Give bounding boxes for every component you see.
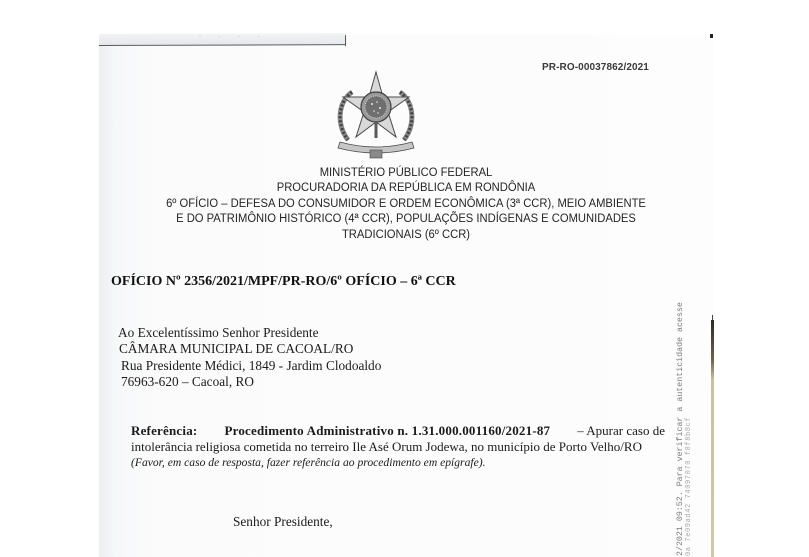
- institution-header: MINISTÉRIO PÚBLICO FEDERAL PROCURADORIA …: [124, 165, 687, 242]
- addressee-block: Ao Excelentíssimo Senhor Presidente CÂMA…: [118, 325, 381, 391]
- reference-label: Referência:: [131, 423, 197, 439]
- authenticity-stamp-code: 0a 7e09ad42 74097070 f8f8b8cf: [685, 302, 694, 556]
- page-edge: [711, 320, 714, 557]
- header-line-oficio-3: TRADICIONAIS (6º CCR): [124, 227, 687, 242]
- header-line-oficio-2: E DO PATRIMÔNIO HISTÓRICO (4ª CCR), POPU…: [124, 211, 687, 226]
- reference-block: Referência: Procedimento Administrativo …: [131, 423, 665, 472]
- protocol-number: PR-RO-00037862/2021: [542, 62, 649, 73]
- oficio-title: OFÍCIO Nº 2356/2021/MPF/PR-RO/6º OFÍCIO …: [111, 274, 456, 290]
- header-line-ministry: MINISTÉRIO PÚBLICO FEDERAL: [124, 165, 687, 180]
- reference-subject: intolerância religiosa cometida no terre…: [131, 439, 665, 455]
- reference-procedure: Procedimento Administrativo n. 1.31.000.…: [224, 423, 550, 439]
- overlapping-paper-strip: · · · ·: [99, 33, 346, 46]
- page-corner-mark: [710, 34, 713, 38]
- addressee-salutation: Ao Excelentíssimo Senhor Presidente: [118, 325, 381, 341]
- authenticity-stamp-main: 2/2021 09:52. Para verificar a autentici…: [676, 302, 685, 556]
- brazil-coat-of-arms-icon: [330, 62, 422, 162]
- header-line-oficio-1: 6º OFÍCIO – DEFESA DO CONSUMIDOR E ORDEM…: [124, 196, 687, 211]
- addressee-street: Rua Presidente Médici, 1849 - Jardim Clo…: [118, 358, 381, 374]
- reference-note: (Favor, em caso de resposta, fazer refer…: [131, 455, 665, 471]
- greeting: Senhor Presidente,: [233, 514, 333, 530]
- addressee-city: 76963-620 – Cacoal, RO: [118, 374, 381, 390]
- reference-subject-start: – Apurar caso de: [577, 423, 665, 439]
- addressee-institution: CÂMARA MUNICIPAL DE CACOAL/RO: [118, 341, 381, 357]
- authenticity-stamp: 2/2021 09:52. Para verificar a autentici…: [676, 302, 694, 556]
- header-line-procuradoria: PROCURADORIA DA REPÚBLICA EM RONDÔNIA: [124, 180, 687, 195]
